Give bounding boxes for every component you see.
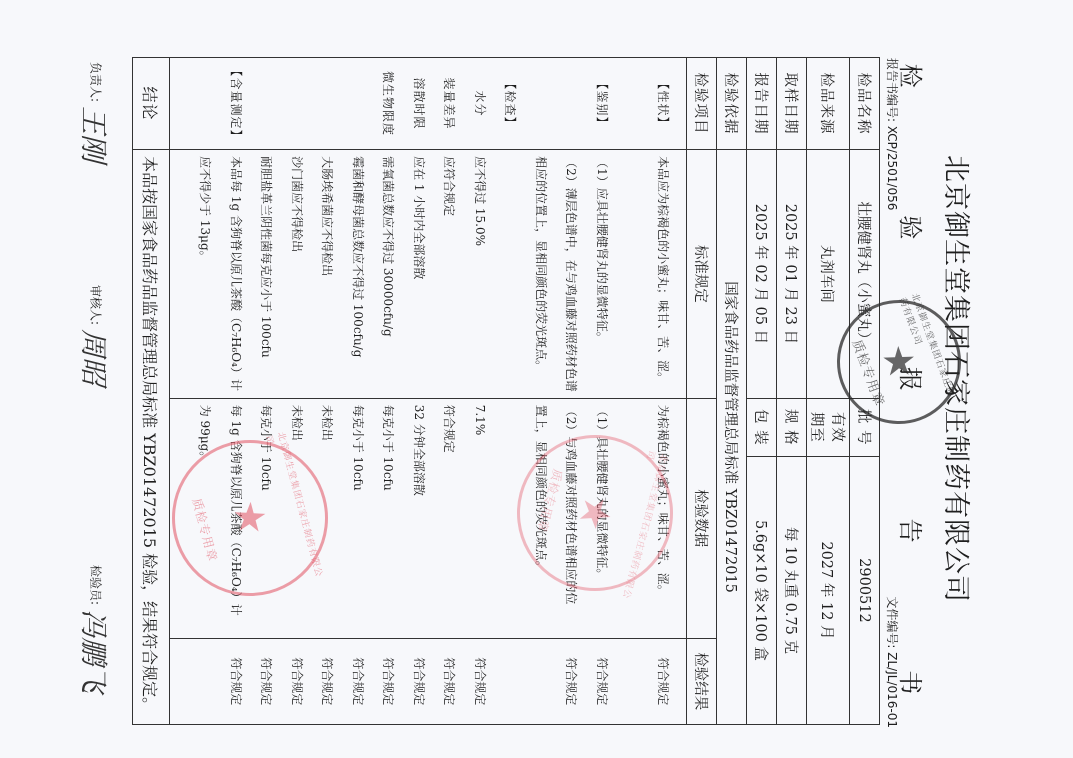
sample-date-value: 2025 年 01 月 23 日 [777, 150, 807, 399]
test-report-page: 北京御生堂集团石家庄制药有限公司 检 验 报 告 书 报告书编号: XCP/25… [0, 0, 1073, 758]
column-header-item: 检验项目 [687, 58, 717, 150]
standard-line: 应不得过 15.0% [465, 156, 496, 392]
row-test-body: 【性状】 【鉴别】 【检查】水分装量差异溶散时限微生物限度 【含量测定】 本品应… [170, 58, 687, 725]
result-line: 符合规定 [251, 645, 282, 718]
standard-line [617, 156, 648, 392]
row-conclusion: 结论 本品按国家食品药品监督管理总局标准 YBZ01472015 检验，结果符合… [133, 58, 170, 725]
result-line [190, 645, 221, 718]
data-line: 32 分钟全部溶散 [404, 405, 435, 632]
result-line [617, 645, 648, 718]
report-date-value: 2025 年 02 月 05 日 [747, 150, 777, 399]
star-icon: ★ [571, 490, 619, 535]
package-value: 5.6g×10 袋×100 盒 [747, 456, 777, 724]
data-line: 符合规定 [434, 405, 465, 632]
stamp-bottom-text: 质检专用章 [533, 467, 566, 534]
test-item-label [343, 64, 374, 143]
conclusion-text: 本品按国家食品药品监督管理总局标准 YBZ01472015 检验，结果符合规定。 [133, 150, 170, 725]
column-header-result: 检验结果 [687, 638, 717, 724]
report-number-label: 报告书编号: [885, 58, 899, 122]
row-basis: 检验依据 国家食品药品监督管理总局标准 YBZ01472015 [717, 58, 747, 725]
result-line: 符合规定 [587, 645, 618, 718]
test-item-label [556, 64, 587, 143]
package-label: 包 装 [747, 398, 777, 456]
test-item-label: 微生物限度 [373, 64, 404, 143]
standard-line: 本品应为棕褐色的小蜜丸；味甘、苦、涩。 [648, 156, 679, 392]
responsible-signature-mark: 王刚 [77, 106, 110, 162]
file-number-value: ZL/JL/016-01 [885, 652, 899, 728]
standard-line: （2）薄层色谱中，在与鸡血藤对照药材色谱 [556, 156, 587, 392]
result-line: 符合规定 [404, 645, 435, 718]
row-report-date: 报告日期 2025 年 02 月 05 日 包 装 5.6g×10 袋×100 … [747, 58, 777, 725]
standard-line: 大肠埃希菌应不得检出 [312, 156, 343, 392]
row-sample-date: 取样日期 2025 年 01 月 23 日 规 格 每 10 丸重 0.75 克 [777, 58, 807, 725]
test-item-label: 水分 [465, 64, 496, 143]
result-line [526, 645, 557, 718]
test-item-label: 溶散时限 [404, 64, 435, 143]
standards-column: 本品应为棕褐色的小蜜丸；味甘、苦、涩。 （1）应具壮腰健肾丸的显微特征。（2）薄… [170, 150, 687, 399]
result-line: 符合规定 [556, 645, 587, 718]
inspector-label: 检验员: [89, 565, 103, 605]
result-line [495, 645, 526, 718]
result-line: 符合规定 [434, 645, 465, 718]
column-header-data: 检验数据 [687, 398, 717, 638]
conclusion-label: 结论 [133, 58, 170, 150]
standard-line [495, 156, 526, 392]
test-items-column: 【性状】 【鉴别】 【检查】水分装量差异溶散时限微生物限度 【含量测定】 [170, 58, 687, 150]
standard-line: 应在 1 小时内全部溶散 [404, 156, 435, 392]
test-item-label [617, 64, 648, 143]
spec-label: 规 格 [777, 398, 807, 456]
result-line: 符合规定 [373, 645, 404, 718]
reviewer-signature: 审核人:周昭 [75, 285, 115, 385]
row-column-headers: 检验项目 标准规定 检验数据 检验结果 [687, 58, 717, 725]
basis-label: 检验依据 [717, 58, 747, 150]
product-name-label: 检品名称 [850, 58, 880, 150]
responsible-label: 负责人: [89, 62, 103, 102]
test-item-label: 装量差异 [434, 64, 465, 143]
test-item-label: 【检查】 [495, 64, 526, 143]
standard-line: 应符合规定 [434, 156, 465, 392]
batch-value: 2900512 [850, 456, 880, 724]
report-table: 检品名称 壮腰健肾丸（小蜜丸） 批 号 2900512 检品来源 丸剂车间 有效… [132, 57, 880, 725]
standard-line: 应不得少于 13μg。 [190, 156, 221, 392]
data-line: 每克小于 10cfu [343, 405, 374, 632]
result-line: 符合规定 [465, 645, 496, 718]
row-source: 检品来源 丸剂车间 有效期至 2027 年 12 月 [807, 58, 850, 725]
test-item-label [282, 64, 313, 143]
file-number-label: 文件编号: [885, 596, 899, 648]
column-header-standard: 标准规定 [687, 150, 717, 399]
test-item-label: 【含量测定】 [221, 64, 252, 143]
test-item-label [251, 64, 282, 143]
report-number: 报告书编号: XCP/2501/056 [884, 58, 901, 210]
star-icon: ★ [226, 495, 274, 540]
responsible-signature: 负责人:王刚 [75, 62, 115, 162]
standard-line: （1）应具壮腰健肾丸的显微特征。 [587, 156, 618, 392]
result-line: 符合规定 [282, 645, 313, 718]
report-date-label: 报告日期 [747, 58, 777, 150]
standard-line: 相应的位置上，显相同颜色的荧光斑点。 [526, 156, 557, 392]
file-number: 文件编号: ZL/JL/016-01 [884, 596, 901, 728]
data-line: 每克小于 10cfu [373, 405, 404, 632]
result-line: 符合规定 [648, 645, 679, 718]
spec-value: 每 10 丸重 0.75 克 [777, 456, 807, 724]
result-line: 符合规定 [312, 645, 343, 718]
stamp-bottom-text: 质检专用章 [188, 496, 221, 563]
expiry-label: 有效期至 [807, 398, 850, 456]
test-item-label [190, 64, 221, 143]
test-item-label [526, 64, 557, 143]
test-item-label: 【性状】 [648, 64, 679, 143]
inspector-signature-mark: 冯鹏飞 [77, 609, 110, 693]
result-line: 符合规定 [221, 645, 252, 718]
results-column: 符合规定 符合规定符合规定 符合规定符合规定符合规定符合规定符合规定符合规定符合… [170, 638, 687, 724]
reviewer-label: 审核人: [89, 285, 103, 325]
standard-line: 需氧菌总数应不得过 30000cfu/g [373, 156, 404, 392]
data-line: 7.1% [465, 405, 496, 632]
report-number-value: XCP/2501/056 [885, 126, 899, 211]
inspector-signature: 检验员:冯鹏飞 [75, 565, 115, 693]
source-label: 检品来源 [807, 58, 850, 150]
test-item-label [312, 64, 343, 143]
standard-line: 耐胆盐革兰阴性菌每克应小于 100cfu [251, 156, 282, 392]
expiry-value: 2027 年 12 月 [807, 456, 850, 724]
standard-line: 沙门菌应不得检出 [282, 156, 313, 392]
test-item-label: 【鉴别】 [587, 64, 618, 143]
result-line: 符合规定 [343, 645, 374, 718]
standard-line: 霉菌和酵母菌总数应不得过 100cfu/g [343, 156, 374, 392]
sample-date-label: 取样日期 [777, 58, 807, 150]
reviewer-signature-mark: 周昭 [77, 329, 110, 385]
basis-value: 国家食品药品监督管理总局标准 YBZ01472015 [717, 150, 747, 725]
standard-line: 本品每 1g 含狗脊以原儿茶酸（C₇H₆O₄）计 [221, 156, 252, 392]
